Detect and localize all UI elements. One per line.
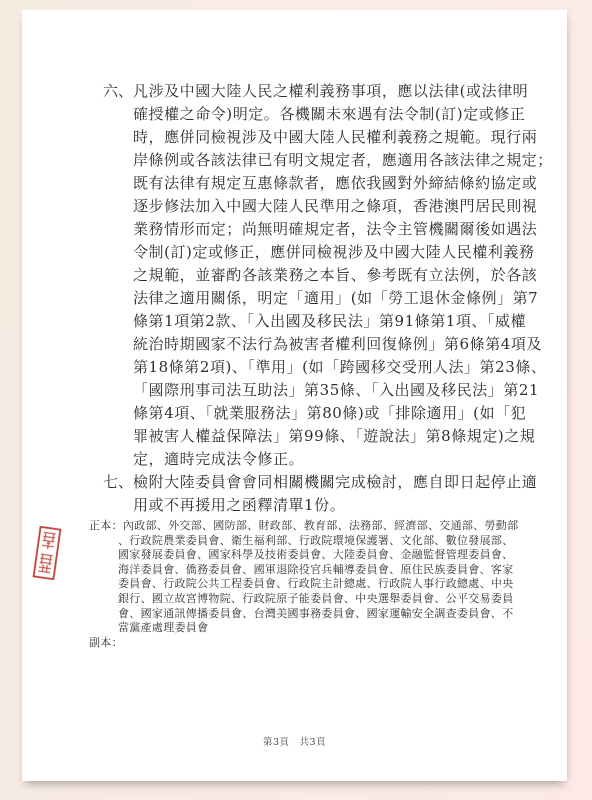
item6-line: 條第4項、「就業服務法」第80條)或「排除適用」(如「犯 — [133, 402, 548, 425]
scanned-document-view: 六、凡涉及中國大陸人民之權利義務事項，應以法律(或法律明 確授權之命令)明定。各… — [0, 0, 592, 800]
item6-line: 岸條例或各該法律已有明文規定者，應適用各該法律之規定； — [133, 149, 548, 172]
item6-marker: 六、 — [103, 82, 133, 100]
original-recipients-line: 銀行、國立故宮博物院、行政院原子能委員會、中央選舉委員會、公平交易委員 — [118, 592, 529, 607]
item6-line: 定，適時完成法令修正。 — [133, 448, 548, 471]
item6-line: 六、凡涉及中國大陸人民之權利義務事項，應以法律(或法律明 — [103, 80, 548, 103]
item6-line: 時，應併同檢視涉及中國大陸人民權利義務之規範。現行兩 — [133, 126, 548, 149]
item7-marker: 七、 — [103, 473, 133, 491]
item6-line: 業務情形而定；尚無明確規定者，法令主管機關爾後如遇法 — [133, 218, 548, 241]
page-number: 第3頁 共3頁 — [22, 734, 567, 748]
original-recipients-line: 國家發展委員會、國家科學及技術委員會、大陸委員會、金融監督管理委員會、 — [118, 548, 529, 563]
original-recipients-line: 海洋委員會、僑務委員會、國軍退除役官兵輔導委員會、原住民族委員會、客家 — [118, 563, 529, 578]
document-body: 六、凡涉及中國大陸人民之權利義務事項，應以法律(或法律明 確授權之命令)明定。各… — [103, 80, 548, 517]
item6-line: 「國際刑事司法互助法」第35條、「入出國及移民法」第21 — [133, 379, 548, 402]
original-recipients-line: 當黨產處理委員會 — [118, 621, 529, 636]
original-recipients-text: 內政部、外交部、國防部、財政部、教育部、法務部、經濟部、交通部、勞動部 — [123, 519, 519, 532]
item6-line: 法律之適用關係，明定「適用」(如「勞工退休金條例」第7 — [133, 287, 548, 310]
original-recipients-line: 、行政院農業委員會、衛生福利部、行政院環境保護署、文化部、數位發展部、 — [118, 534, 529, 549]
item7-line: 七、檢附大陸委員會會同相關機關完成檢討，應自即日起停止適 — [103, 471, 548, 494]
recipients-block: 正本：內政部、外交部、國防部、財政部、教育部、法務部、經濟部、交通部、勞動部 、… — [89, 519, 529, 650]
item6-line: 統治時期國家不法行為被害者權利回復條例」第6條第4項及 — [133, 333, 548, 356]
item6-line: 之規範，並審酌各該業務之本旨、參考既有立法例，於各該 — [133, 264, 548, 287]
document-page: 六、凡涉及中國大陸人民之權利義務事項，應以法律(或法律明 確授權之命令)明定。各… — [22, 10, 567, 781]
original-copy-label: 正本： — [89, 519, 123, 532]
item7-line: 用或不再援用之函釋清單1份。 — [133, 494, 548, 517]
item6-line: 罪被害人權益保障法」第99條、「遊說法」第8條規定)之規 — [133, 425, 548, 448]
item6-line: 既有法律有規定互惠條款者，應依我國對外締結條約協定或 — [133, 172, 548, 195]
item6-line: 第18條第2項)、「準用」(如「跨國移交受刑人法」第23條、 — [133, 356, 548, 379]
item6-line: 逐步修法加入中國大陸人民準用之條項，香港澳門居民則視 — [133, 195, 548, 218]
item6-text: 凡涉及中國大陸人民之權利義務事項，應以法律(或法律明 — [133, 82, 528, 100]
item6-line: 令制(訂)定或修正，應併同檢視涉及中國大陸人民權利義務 — [133, 241, 548, 264]
original-recipients-line: 會、國家通訊傳播委員會、台灣美國事務委員會、國家運輸安全調查委員會、不 — [118, 607, 529, 622]
item6-line: 條第1項第2款、「入出國及移民法」第91條第1項、「威權 — [133, 310, 548, 333]
item7-text: 檢附大陸委員會會同相關機關完成檢討，應自即日起停止適 — [133, 473, 537, 491]
duplicate-copy-label: 副本： — [89, 636, 123, 649]
item6-line: 確授權之命令)明定。各機關未來遇有法令制(訂)定或修正 — [133, 103, 548, 126]
original-recipients-line: 正本：內政部、外交部、國防部、財政部、教育部、法務部、經濟部、交通部、勞動部 — [89, 519, 529, 534]
original-recipients-line: 委員會、行政院公共工程委員會、行政院主計總處、行政院人事行政總處、中央 — [118, 577, 529, 592]
duplicate-copy-line: 副本： — [89, 636, 529, 651]
